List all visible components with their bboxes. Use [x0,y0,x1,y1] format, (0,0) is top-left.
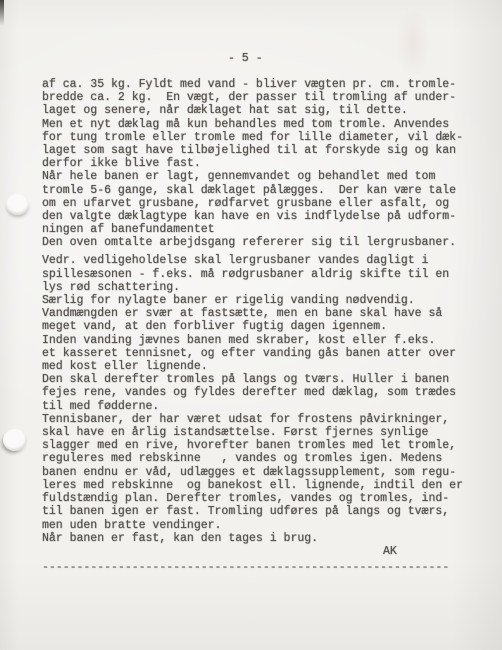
text-line: ningen af banefundamentet [42,223,487,236]
text-line: Den oven omtalte arbejdsgang refererer s… [42,236,487,249]
text-line: slagger med en rive, hvorefter banen tro… [42,439,487,452]
text-line: spillesæsonen - f.eks. må rødgrusbaner a… [42,268,487,281]
text-line: Når hele banen er lagt, gennemvandet og … [42,170,487,183]
text-line: tromle 5-6 gange, skal dæklaget pålægges… [42,184,487,197]
text-line: leres med rebskinne og banekost ell. lig… [42,479,487,492]
text-line: lys rød schattering. [42,281,487,294]
divider-dashed-line: ----------------------------------------… [42,561,487,574]
text-line: banen endnu er våd, udlægges et dæklagss… [42,466,487,479]
text-line: for tung tromle eller tromle med for lil… [42,131,487,144]
hole-punch-top [6,194,29,215]
page-number: - 5 - [42,52,487,65]
text-line: til med fødderne. [42,400,487,413]
scan-corner-artifact [0,0,4,26]
text-line: Men et nyt dæklag må kun behandles med t… [42,118,487,131]
text-line: laget og senere, når dæklaget hat sat si… [42,104,487,117]
paragraph-block-2: Vedr. vedligeholdelse skal lergrusbaner … [42,254,487,544]
text-line: reguleres med rebskinne , vandes og trom… [42,452,487,465]
text-line: Når banen er fast, kan den tages i brug. [42,532,487,545]
text-line: Vandmængden er svær at fastsætte, men en… [42,307,487,320]
text-line: til banen igen er fast. Tromling udføres… [42,505,487,518]
text-line: Særlig for nylagte baner er rigelig vand… [42,294,487,307]
text-line: af ca. 35 kg. Fyldt med vand - bliver væ… [42,78,487,91]
scanned-document-page: - 5 - af ca. 35 kg. Fyldt med vand - bli… [0,0,502,650]
text-line: Tennisbaner, der har været udsat for fro… [42,413,487,426]
signature-initials: AK [42,545,487,558]
text-line: men uden bratte vendinger. [42,519,487,532]
text-line: derfor ikke blive fast. [42,157,487,170]
typewritten-text: - 5 - af ca. 35 kg. Fyldt med vand - bli… [42,52,487,574]
text-line: Inden vanding jævnes banen med skraber, … [42,334,487,347]
text-line: et kasseret tennisnet, og efter vanding … [42,347,487,360]
text-line: fuldstændig plan. Derefter tromles, vand… [42,492,487,505]
hole-punch-bottom [3,429,27,451]
text-line: fejes rene, vandes og fyldes derefter me… [42,386,487,399]
text-line: den valgte dæklagtype kan have en vis in… [42,210,487,223]
text-line: laget som sagt have tilbøjelighed til at… [42,144,487,157]
text-line: Vedr. vedligeholdelse skal lergrusbaner … [42,254,487,267]
text-line: Den skal derefter tromles på langs og tv… [42,373,487,386]
text-line: med kost eller lignende. [42,360,487,373]
text-line: om en ufarvet grusbane, rødfarvet grusba… [42,197,487,210]
paragraph-block-1: af ca. 35 kg. Fyldt med vand - bliver væ… [42,78,487,250]
text-line: skal have en årlig istandsættelse. Først… [42,426,487,439]
text-line: meget vand, at den forbliver fugtig dage… [42,320,487,333]
text-line: bredde ca. 2 kg. En vægt, der passer til… [42,91,487,104]
